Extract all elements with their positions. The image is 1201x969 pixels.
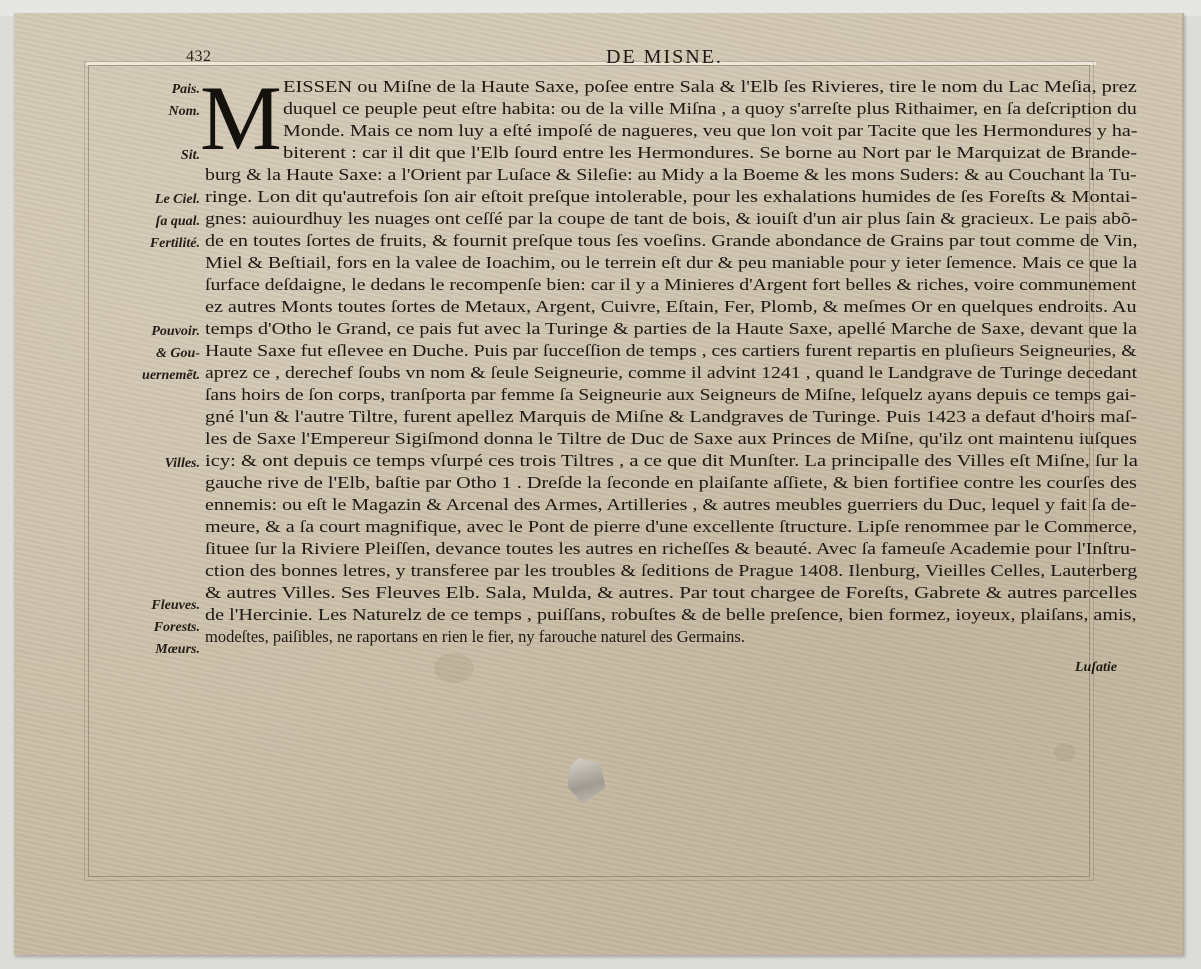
text-line: temps d'Otho le Grand, ce pais fut avec … [205,318,1137,340]
text-line: EISSEN ou Miſne de la Haute Saxe, poſee … [283,76,1137,98]
marginal-note: Fleuves. [151,598,200,614]
text-line: de l'Hercinie. Les Naturelz de ce temps … [205,604,1137,626]
running-head: DE MISNE. [606,46,723,69]
marginal-note: Fertilité. [150,236,200,252]
text-line: Haute Saxe fut eſlevee en Duche. Puis pa… [205,340,1137,362]
text-line: meure, & a ſa court magnifique, avec le … [205,516,1137,538]
text-line: ction des bonnes letres, y transferee pa… [205,560,1137,582]
text-line: biterent : car il dit que l'Elb ſourd en… [283,142,1137,164]
text-line: ſituee ſur la Riviere Pleiſſen, devance … [205,538,1137,560]
marginal-note: Pais. [172,82,200,98]
marginal-note: Le Ciel. [155,192,200,208]
marginal-note: ſa qual. [156,214,200,230]
marginal-note: Pouvoir. [151,324,200,340]
marginal-note: uernemẽt. [142,368,200,384]
marginal-note: Sit. [181,148,200,164]
text-line: Monde. Mais ce nom luy a eſté impoſé de … [283,120,1137,142]
text-line: gné l'un & l'autre Tiltre, furent apelle… [205,406,1137,428]
catchword: Luſatie [1075,660,1117,676]
marginal-note: Nom. [169,104,201,120]
text-line: gnes: auiourdhuy les nuages ont ceſſé pa… [205,208,1138,230]
marginal-note: Forests. [154,620,200,636]
marginal-note: & Gou- [156,346,200,362]
text-line: ſurface deſdaigne, le dedans le recompen… [205,274,1136,296]
text-line: & autres Villes. Ses Fleuves Elb. Sala, … [205,582,1137,604]
drop-cap: M [200,82,282,162]
text-line: icy: & ont depuis ce temps vſurpé ces tr… [205,450,1138,472]
text-line: ringe. Lon dit qu'autrefois ſon air eſto… [205,186,1137,208]
text-line: de en toutes ſortes de fruits, & fournit… [205,230,1137,252]
text-line: les de Saxe l'Empereur Sigiſmond donna l… [205,428,1137,450]
text-line: gauche rive de l'Elb, baſtie par Otho 1 … [205,472,1137,494]
marginal-note: Mœurs. [155,642,200,658]
text-line: modeſtes, paiſibles, ne raportans en rie… [205,626,745,648]
text-line: duquel ce peuple peut eſtre habita: ou d… [283,98,1137,120]
text-line: ſans hoirs de ſon corps, tranſporta par … [205,384,1136,406]
text-line: ennemis: ou eſt le Magazin & Arcenal des… [205,494,1136,516]
text-line: ez autres Monts toutes ſortes de Metaux,… [205,296,1137,318]
text-line: Miel & Beſtiail, fors en la valee de Ioa… [205,252,1137,274]
text-line: aprez ce , derechef ſoubs vn nom & ſeule… [205,362,1137,384]
text-line: burg & la Haute Saxe: a l'Orient par Luſ… [205,164,1137,186]
marginal-note: Villes. [165,456,200,472]
page-number: 432 [186,48,212,66]
